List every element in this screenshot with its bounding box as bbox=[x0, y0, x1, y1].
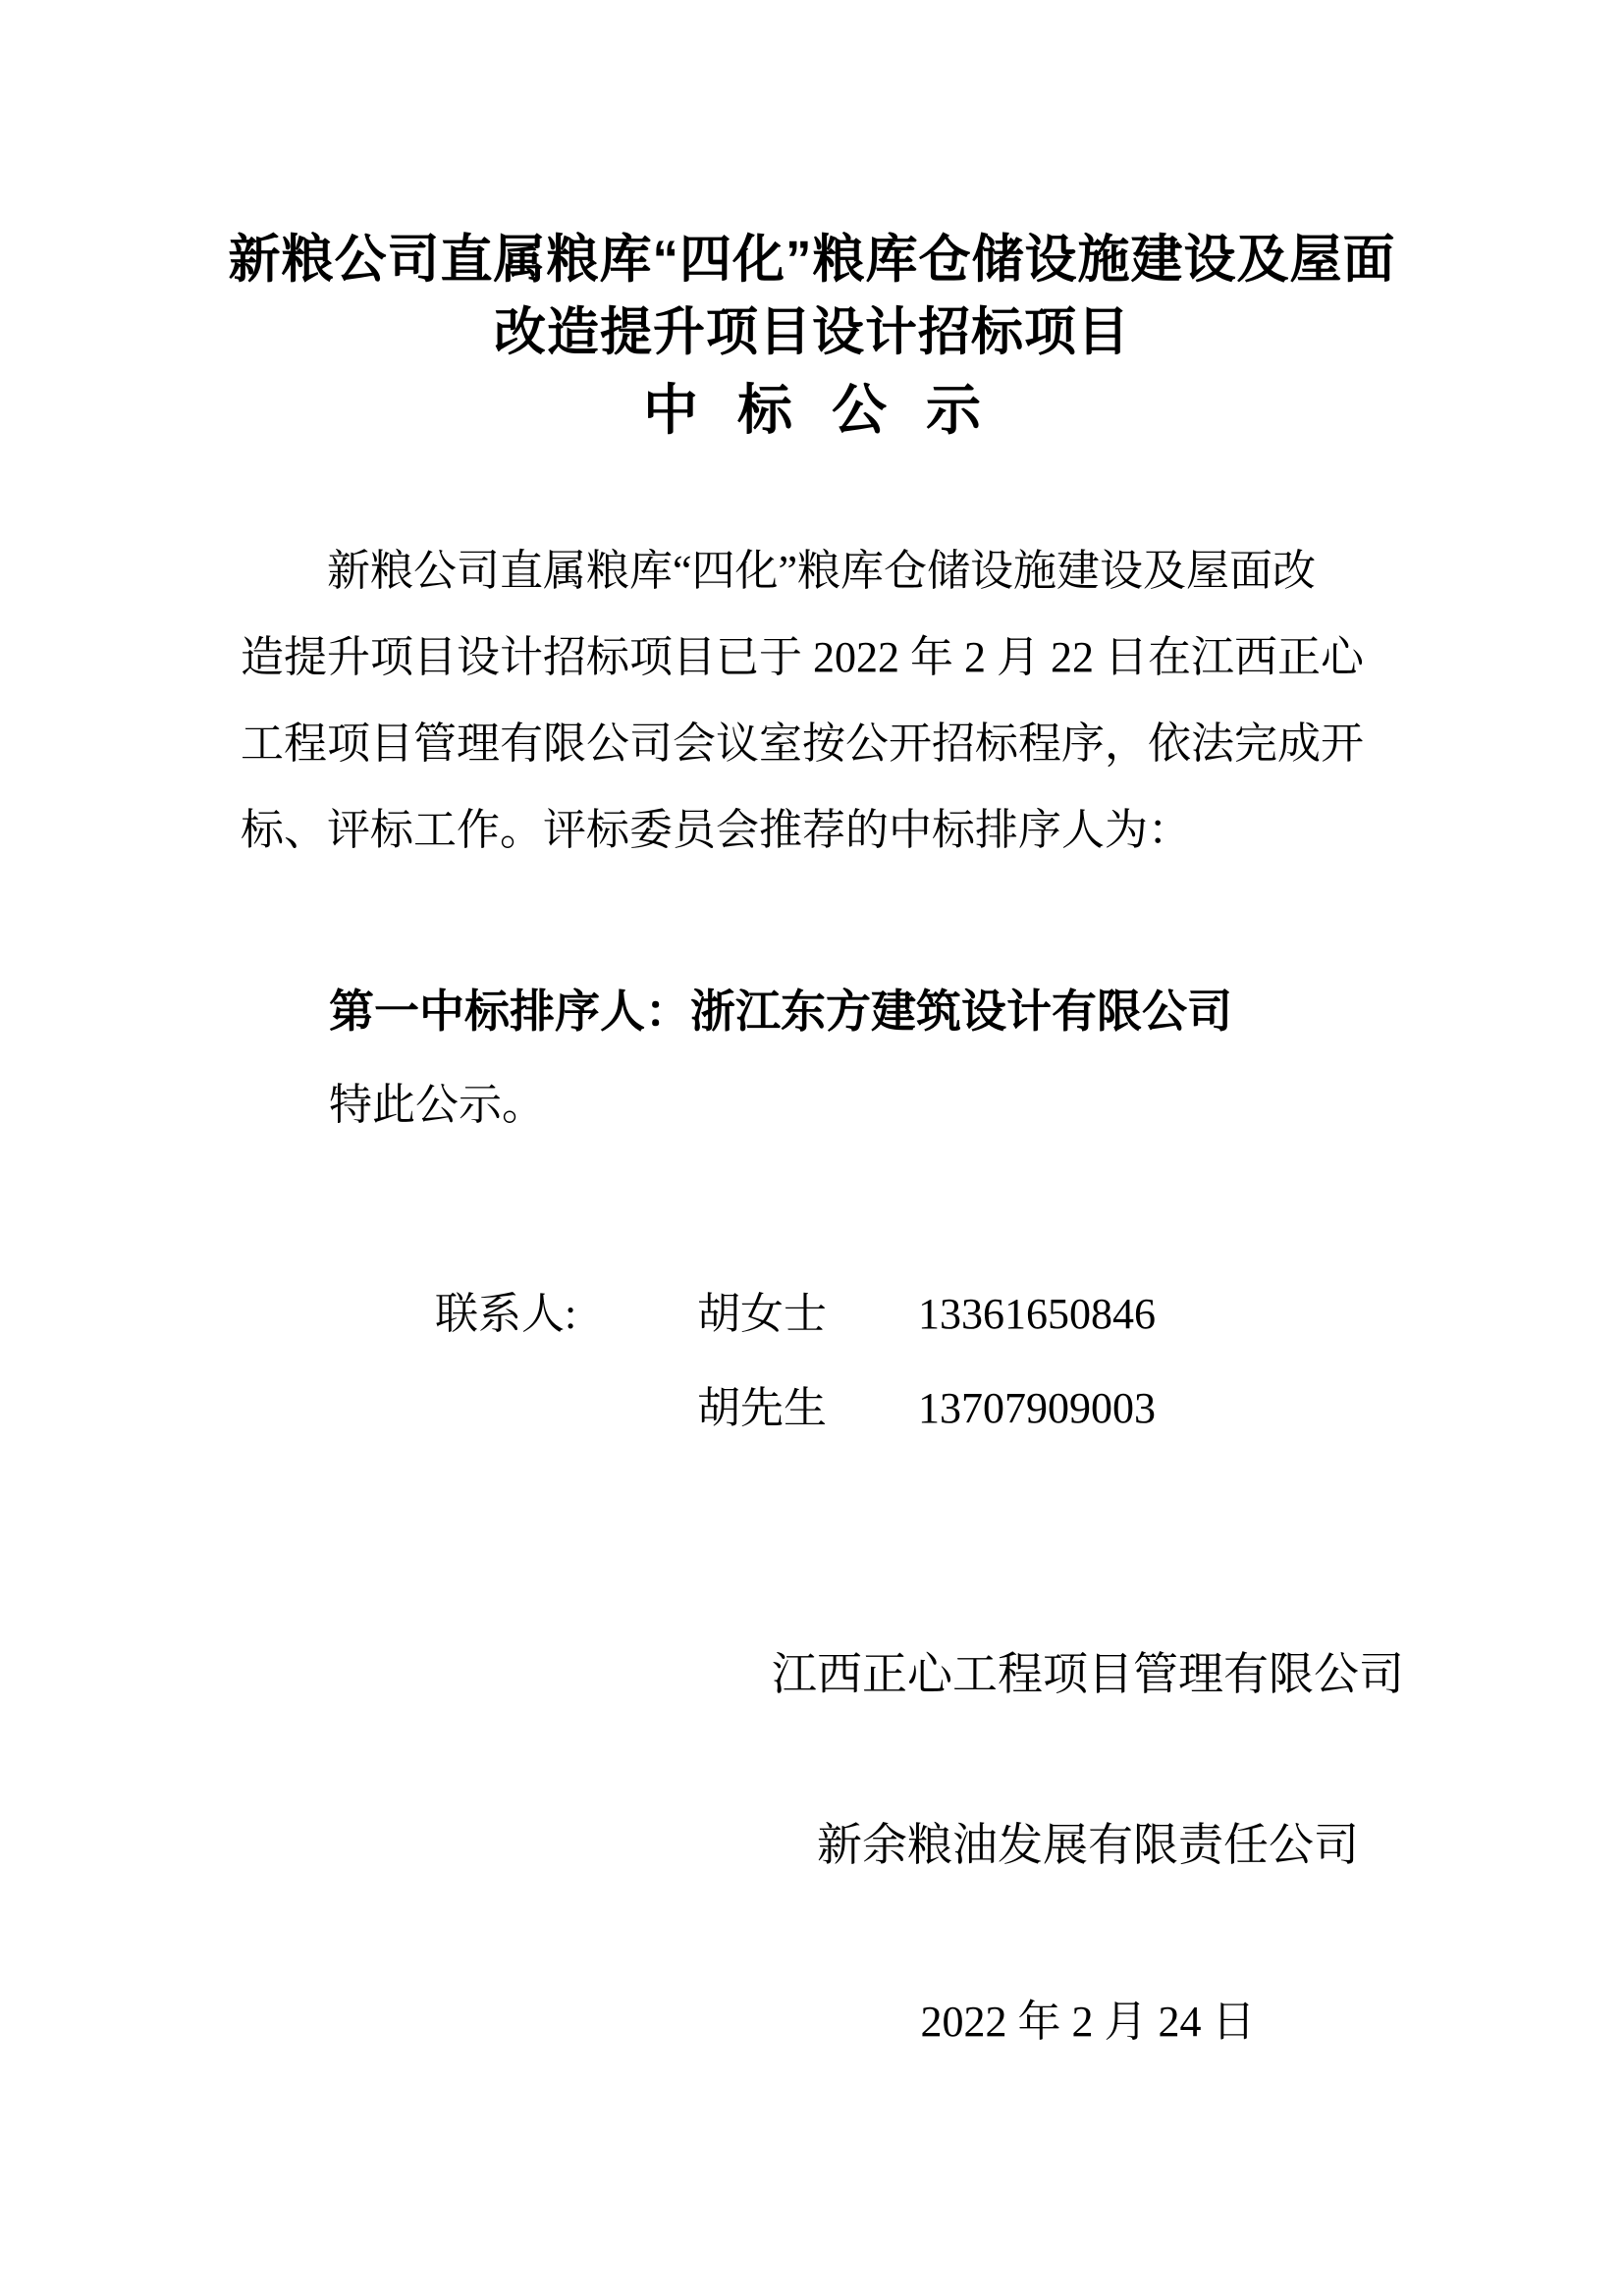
contact-phone: 13707909003 bbox=[918, 1362, 1156, 1456]
contact-label: 联系人: bbox=[435, 1267, 697, 1362]
winner-line: 第一中标排序人：浙江东方建筑设计有限公司 bbox=[329, 982, 1232, 1041]
contact-block: 联系人: 胡女士 13361650846 胡先生 13707909003 bbox=[435, 1267, 1156, 1456]
document-title: 新粮公司直属粮库“四化”粮库仓储设施建设及屋面改造提升项目设计招标项目 bbox=[0, 224, 1624, 369]
signature-agency: 江西正心工程项目管理有限公司 bbox=[552, 1647, 1624, 1702]
date-line: 2022 年 2 月 24 日 bbox=[552, 1995, 1624, 2050]
contact-name: 胡女士 bbox=[697, 1267, 918, 1362]
contact-name: 胡先生 bbox=[697, 1362, 918, 1456]
contact-row: 胡先生 13707909003 bbox=[435, 1362, 1156, 1456]
announcement-page: 新粮公司直属粮库“四化”粮库仓储设施建设及屋面改造提升项目设计招标项目 中标公示… bbox=[0, 0, 1624, 2296]
signature-owner: 新余粮油发展有限责任公司 bbox=[552, 1818, 1624, 1873]
document-subtitle: 中标公示 bbox=[0, 377, 1624, 446]
contact-row: 联系人: 胡女士 13361650846 bbox=[435, 1267, 1156, 1362]
body-paragraph: 新粮公司直属粮库“四化”粮库仓储设施建设及屋面改造提升项目设计招标项目已于 20… bbox=[241, 528, 1378, 874]
contact-label-empty bbox=[435, 1362, 697, 1456]
contact-phone: 13361650846 bbox=[918, 1267, 1156, 1362]
closing-line: 特此公示。 bbox=[329, 1076, 545, 1135]
